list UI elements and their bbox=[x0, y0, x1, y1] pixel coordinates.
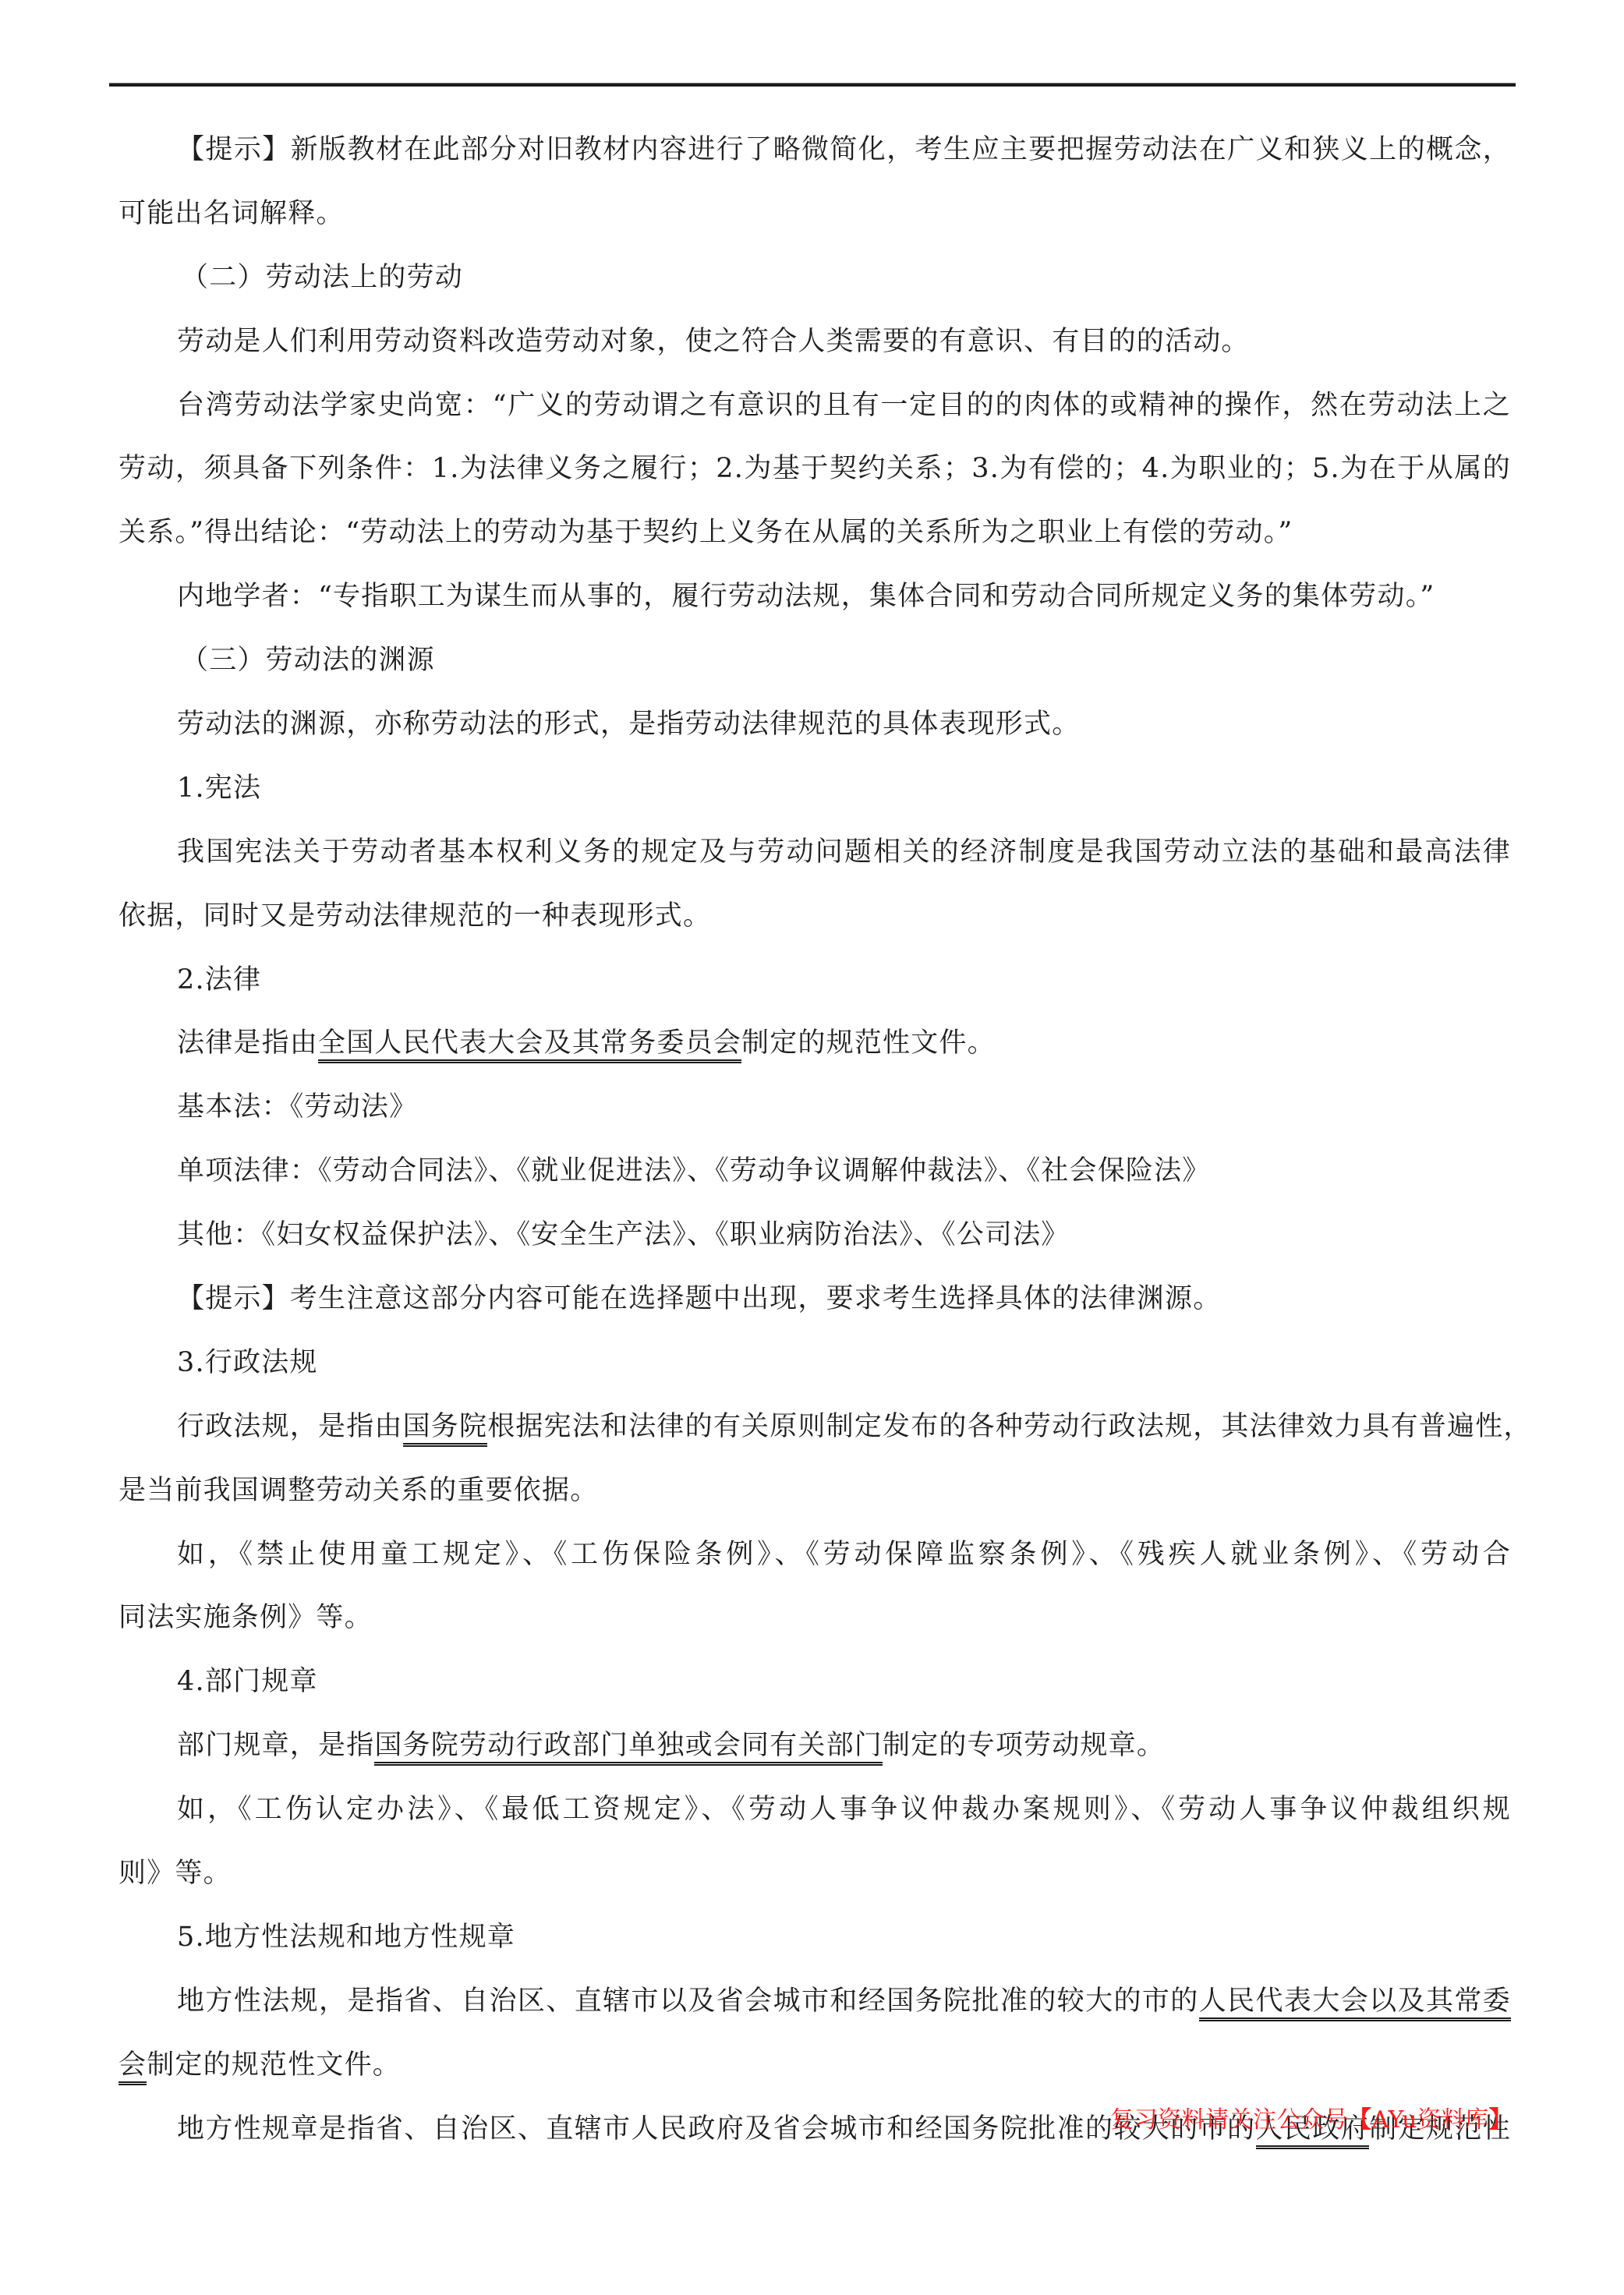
text-line: 行政法规，是指由国务院根据宪法和法律的有关原则制定发布的各种劳动行政法规，其法律… bbox=[119, 1395, 1511, 1459]
text-segment: 【提示】考生注意这部分内容可能在选择题中出现，要求考生选择具体的法律渊源。 bbox=[177, 1283, 1221, 1314]
text-line: 内地学者：“专指职工为谋生而从事的，履行劳动法规，集体合同和劳动合同所规定义务的… bbox=[119, 565, 1511, 629]
text-segment: （三）劳动法的渊源 bbox=[181, 645, 435, 676]
underlined-term: 会 bbox=[119, 2049, 147, 2085]
underlined-term: 国务院 bbox=[403, 1411, 488, 1447]
text-line: 台湾劳动法学家史尚宽：“广义的劳动谓之有意识的且有一定目的的肉体的或精神的操作，… bbox=[119, 374, 1511, 438]
text-segment: 3.行政法规 bbox=[177, 1347, 318, 1378]
text-segment: 可能出名词解释。 bbox=[119, 198, 345, 229]
text-line: 关系。”得出结论：“劳动法上的劳动为基于契约上义务在从属的关系所为之职业上有偿的… bbox=[119, 501, 1511, 565]
text-segment: 劳动是人们利用劳动资料改造劳动对象，使之符合人类需要的有意识、有目的的活动。 bbox=[177, 326, 1250, 357]
text-segment: 则》等。 bbox=[119, 1858, 232, 1889]
text-line: 如，《工伤认定办法》、《最低工资规定》、《劳动人事争议仲裁办案规则》、《劳动人事… bbox=[119, 1778, 1511, 1842]
text-line: 劳动是人们利用劳动资料改造劳动对象，使之符合人类需要的有意识、有目的的活动。 bbox=[119, 310, 1511, 374]
text-line: 劳动法的渊源，亦称劳动法的形式，是指劳动法律规范的具体表现形式。 bbox=[119, 693, 1511, 757]
text-segment: 地方性法规，是指省、自治区、直辖市以及省会城市和经国务院批准的较大的市的 bbox=[177, 1986, 1199, 2017]
watermark-brand: AYu资料库 bbox=[1372, 2106, 1489, 2134]
text-segment: 基本法：《劳动法》 bbox=[177, 1091, 417, 1123]
text-segment: 根据宪法和法律的有关原则制定发布的各种劳动行政法规，其法律效力具有普遍性， bbox=[487, 1411, 1531, 1442]
text-segment: 地方性规章是指省、自治区、直辖市人民政府及省会城市和经国务院批准的较大的市的 bbox=[177, 2113, 1256, 2145]
promo-watermark: 复习资料请关注公众号【AYu资料库】 bbox=[1110, 2100, 1513, 2134]
text-line: 基本法：《劳动法》 bbox=[119, 1076, 1511, 1140]
text-line: 【提示】新版教材在此部分对旧教材内容进行了略微简化，考生应主要把握劳动法在广义和… bbox=[119, 118, 1511, 182]
text-segment: 关系。”得出结论：“劳动法上的劳动为基于契约上义务在从属的关系所为之职业上有偿的… bbox=[119, 517, 1293, 548]
text-line: 【提示】考生注意这部分内容可能在选择题中出现，要求考生选择具体的法律渊源。 bbox=[119, 1268, 1511, 1331]
text-line: 劳动，须具备下列条件：1.为法律义务之履行；2.为基于契约关系；3.为有偿的；4… bbox=[119, 437, 1511, 501]
text-segment: 如，《禁止使用童工规定》、《工伤保险条例》、《劳动保障监察条例》、《残疾人就业条… bbox=[177, 1539, 1511, 1570]
text-line: 我国宪法关于劳动者基本权利义务的规定及与劳动问题相关的经济制度是我国劳动立法的基… bbox=[119, 821, 1511, 885]
text-line: 地方性法规，是指省、自治区、直辖市以及省会城市和经国务院批准的较大的市的人民代表… bbox=[119, 1970, 1511, 2034]
text-line: 3.行政法规 bbox=[119, 1331, 1511, 1395]
document-body: 【提示】新版教材在此部分对旧教材内容进行了略微简化，考生应主要把握劳动法在广义和… bbox=[119, 118, 1511, 2162]
watermark-bracket-close: 】 bbox=[1488, 2106, 1513, 2134]
watermark-text: 复习资料请关注公众号 bbox=[1110, 2106, 1348, 2134]
text-segment: 2.法律 bbox=[177, 964, 261, 995]
text-line: 其他：《妇女权益保护法》、《安全生产法》、《职业病防治法》、《公司法》 bbox=[119, 1204, 1511, 1268]
text-segment: 劳动法的渊源，亦称劳动法的形式，是指劳动法律规范的具体表现形式。 bbox=[177, 709, 1080, 740]
text-segment: 制定的规范性文件。 bbox=[147, 2049, 401, 2081]
text-line: （三）劳动法的渊源 bbox=[119, 629, 1511, 693]
watermark-bracket-open: 【 bbox=[1348, 2106, 1372, 2134]
text-line: 会制定的规范性文件。 bbox=[119, 2034, 1511, 2098]
text-segment: 1.宪法 bbox=[177, 773, 261, 804]
text-line: 同法实施条例》等。 bbox=[119, 1586, 1511, 1650]
underlined-term: 国务院劳动行政部门单独或会同有关部门 bbox=[374, 1730, 883, 1766]
text-segment: 制定的专项劳动规章。 bbox=[883, 1730, 1165, 1761]
text-line: 部门规章，是指国务院劳动行政部门单独或会同有关部门制定的专项劳动规章。 bbox=[119, 1714, 1511, 1778]
text-segment: 台湾劳动法学家史尚宽：“广义的劳动谓之有意识的且有一定目的的肉体的或精神的操作，… bbox=[177, 390, 1511, 421]
text-line: 4.部门规章 bbox=[119, 1650, 1511, 1714]
text-line: 依据，同时又是劳动法律规范的一种表现形式。 bbox=[119, 885, 1511, 949]
text-line: 可能出名词解释。 bbox=[119, 182, 1511, 246]
text-segment: 制定的规范性文件。 bbox=[741, 1027, 996, 1059]
text-segment: 行政法规，是指由 bbox=[177, 1411, 403, 1442]
text-segment: 内地学者：“专指职工为谋生而从事的，履行劳动法规，集体合同和劳动合同所规定义务的… bbox=[177, 581, 1435, 612]
text-segment: （二）劳动法上的劳动 bbox=[181, 262, 463, 293]
text-line: 如，《禁止使用童工规定》、《工伤保险条例》、《劳动保障监察条例》、《残疾人就业条… bbox=[119, 1523, 1511, 1587]
text-segment: 是当前我国调整劳动关系的重要依据。 bbox=[119, 1475, 598, 1506]
text-segment: 我国宪法关于劳动者基本权利义务的规定及与劳动问题相关的经济制度是我国劳动立法的基… bbox=[177, 836, 1511, 868]
text-segment: 法律是指由 bbox=[177, 1027, 318, 1059]
text-line: 是当前我国调整劳动关系的重要依据。 bbox=[119, 1459, 1511, 1523]
header-rule bbox=[109, 83, 1516, 87]
text-line: （二）劳动法上的劳动 bbox=[119, 246, 1511, 310]
text-line: 2.法律 bbox=[119, 949, 1511, 1013]
text-line: 1.宪法 bbox=[119, 757, 1511, 821]
text-segment: 部门规章，是指 bbox=[177, 1730, 374, 1761]
text-segment: 5.地方性法规和地方性规章 bbox=[177, 1922, 515, 1953]
text-segment: 【提示】新版教材在此部分对旧教材内容进行了略微简化，考生应主要把握劳动法在广义和… bbox=[177, 134, 1511, 165]
text-line: 5.地方性法规和地方性规章 bbox=[119, 1906, 1511, 1970]
text-segment: 4.部门规章 bbox=[177, 1666, 318, 1697]
document-page: 【提示】新版教材在此部分对旧教材内容进行了略微简化，考生应主要把握劳动法在广义和… bbox=[0, 0, 1624, 2295]
text-line: 单项法律：《劳动合同法》、《就业促进法》、《劳动争议调解仲裁法》、《社会保险法》 bbox=[119, 1140, 1511, 1204]
text-segment: 同法实施条例》等。 bbox=[119, 1602, 373, 1633]
text-segment: 其他：《妇女权益保护法》、《安全生产法》、《职业病防治法》、《公司法》 bbox=[177, 1219, 1070, 1250]
text-segment: 劳动，须具备下列条件：1.为法律义务之履行；2.为基于契约关系；3.为有偿的；4… bbox=[119, 453, 1511, 484]
underlined-term: 全国人民代表大会及其常务委员会 bbox=[318, 1027, 741, 1063]
underlined-term: 人民代表大会以及其常委 bbox=[1199, 1986, 1511, 2021]
text-line: 则》等。 bbox=[119, 1842, 1511, 1906]
text-segment: 依据，同时又是劳动法律规范的一种表现形式。 bbox=[119, 900, 711, 932]
text-segment: 如，《工伤认定办法》、《最低工资规定》、《劳动人事争议仲裁办案规则》、《劳动人事… bbox=[177, 1794, 1511, 1825]
text-line: 法律是指由全国人民代表大会及其常务委员会制定的规范性文件。 bbox=[119, 1012, 1511, 1076]
text-segment: 单项法律：《劳动合同法》、《就业促进法》、《劳动争议调解仲裁法》、《社会保险法》 bbox=[177, 1155, 1211, 1186]
